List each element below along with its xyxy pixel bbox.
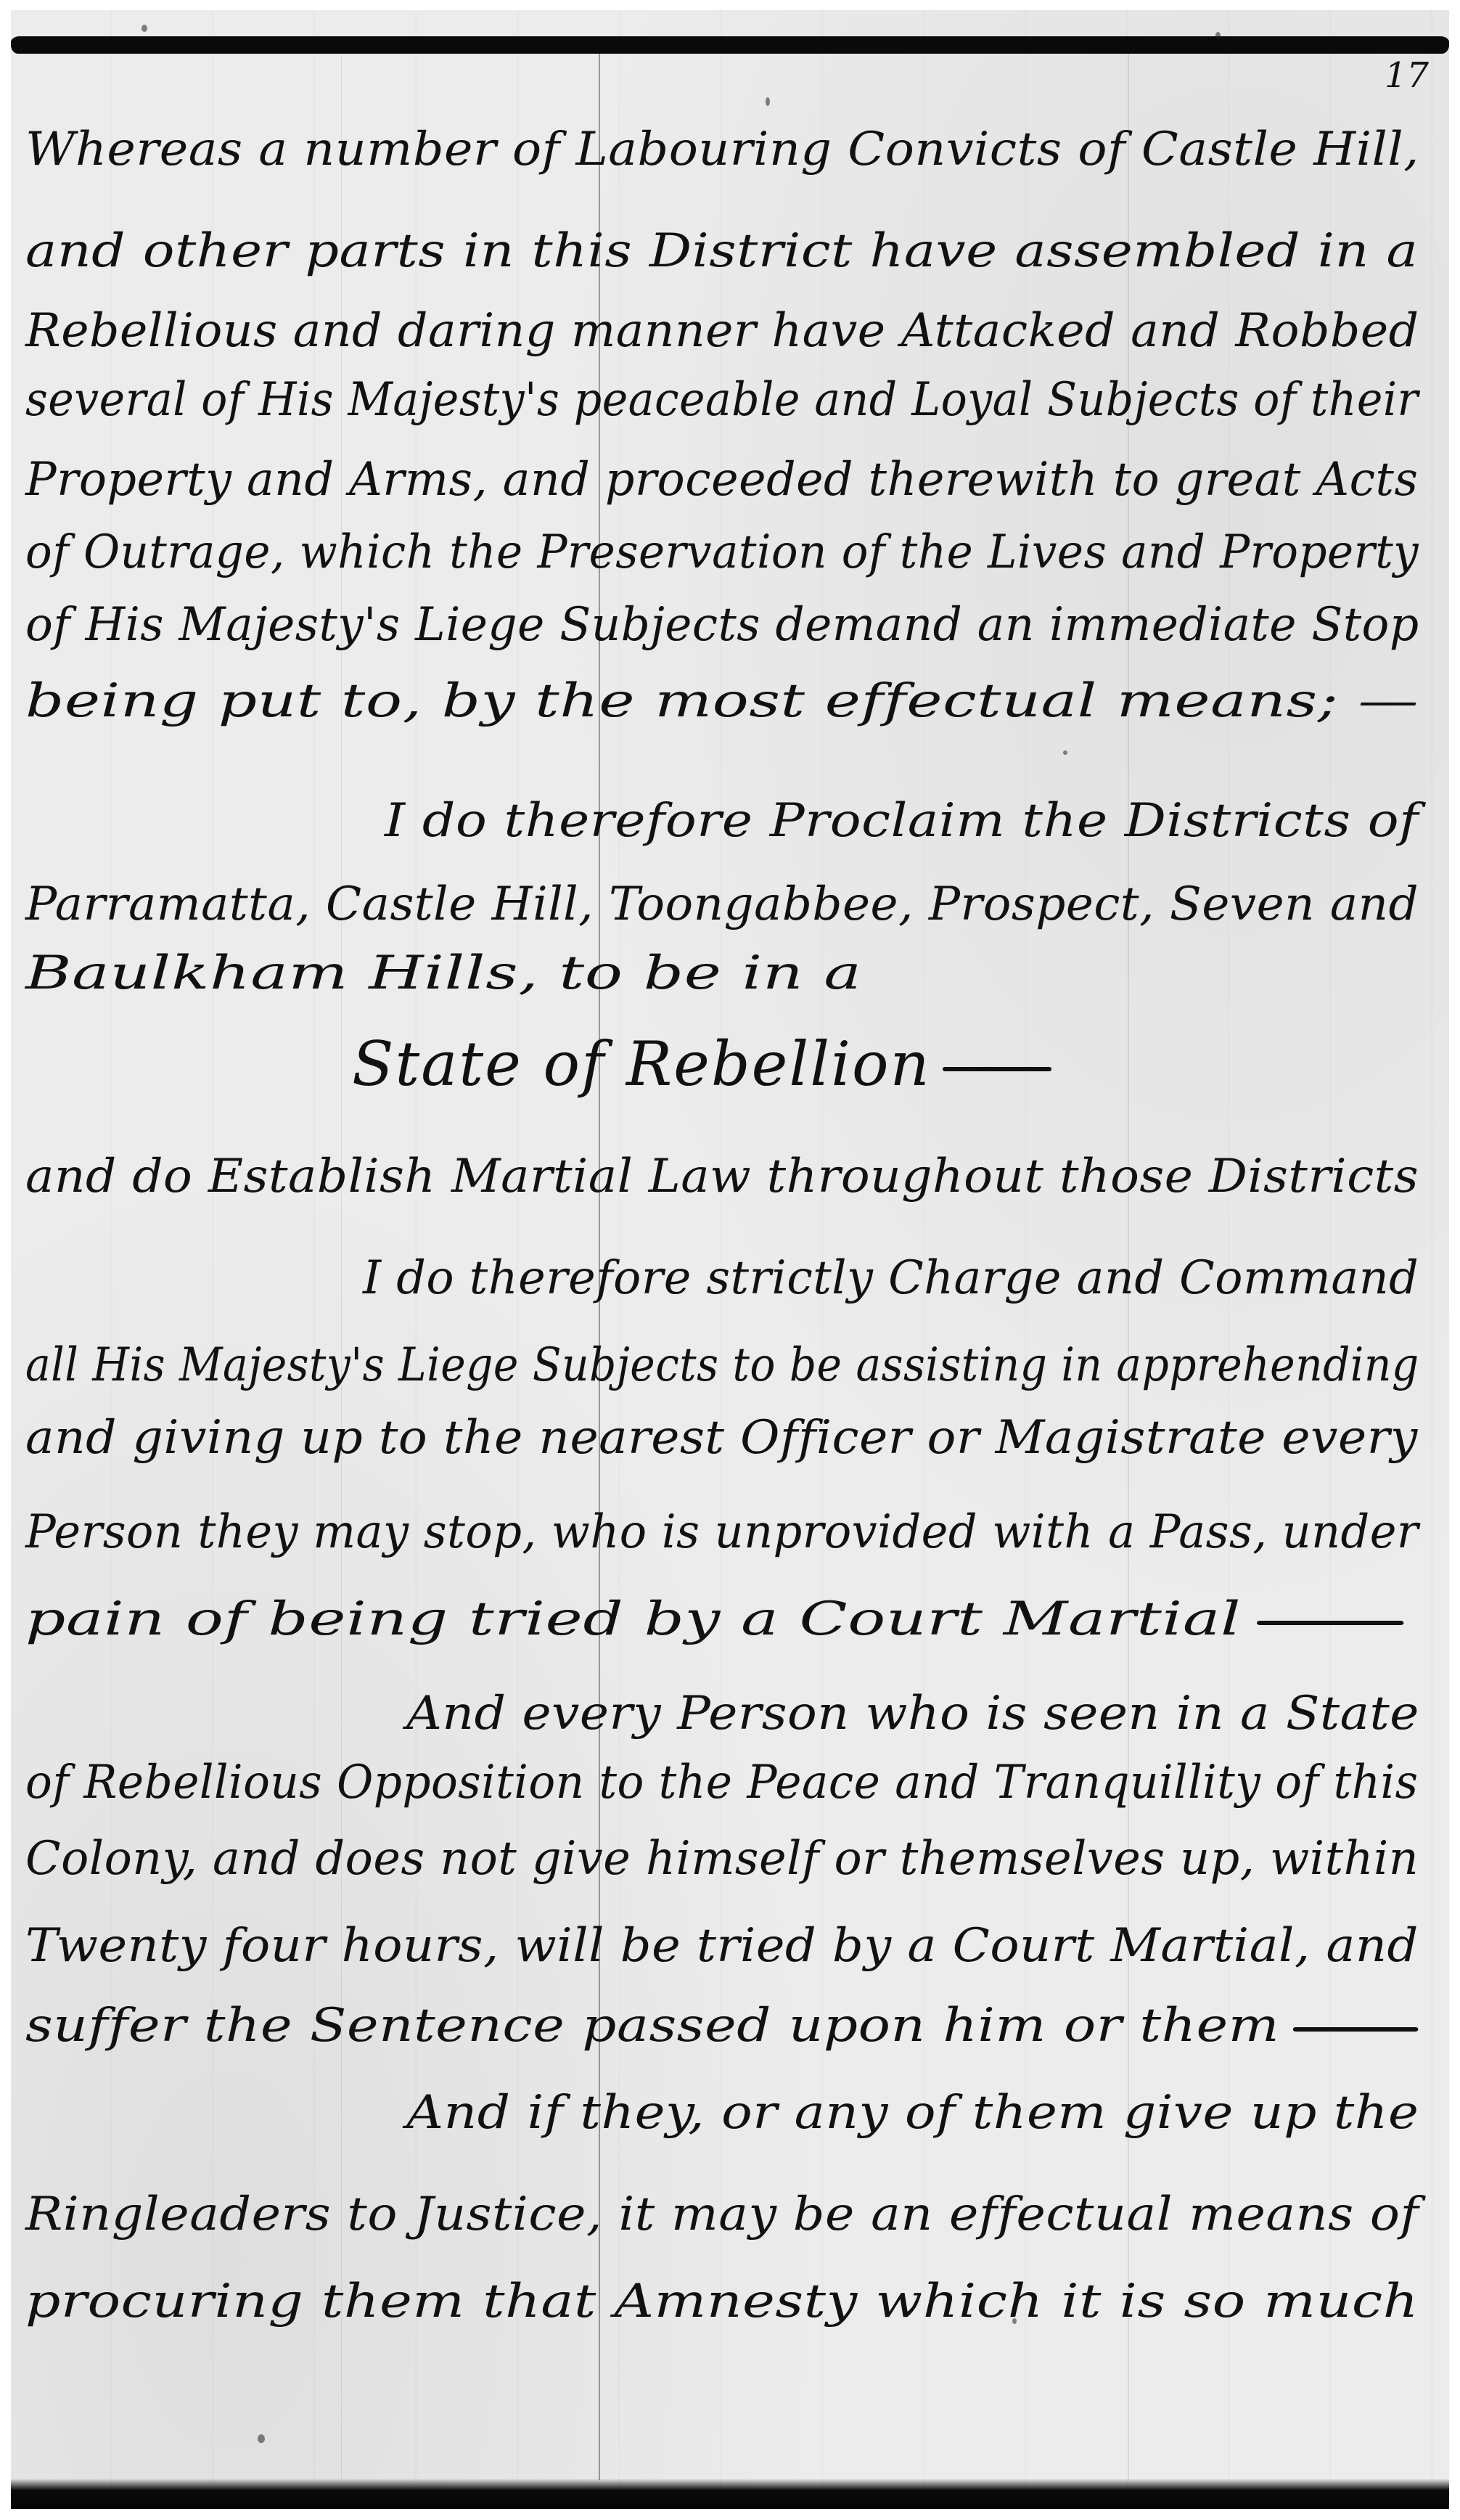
text-line: Twenty four hours, will be tried by a Co… <box>25 1923 1419 1969</box>
line-text: Colony, and does not give himself or the… <box>25 1832 1419 1886</box>
manuscript-page: 17 Whereas a number of Labouring Convict… <box>11 10 1449 2509</box>
line-text: procuring them that Amnesty which it is … <box>25 2275 1419 2328</box>
text-line: and giving up to the nearest Officer or … <box>25 1415 1418 1461</box>
text-line: of Outrage, which the Preservation of th… <box>25 529 1419 576</box>
line-text: Whereas a number of Labouring Convicts o… <box>25 123 1419 176</box>
line-text: of Outrage, which the Preservation of th… <box>25 525 1419 579</box>
text-line: pain of being tried by a Court Martial <box>25 1596 1403 1642</box>
text-line: Colony, and does not give himself or the… <box>25 1836 1419 1882</box>
line-text: Ringleaders to Justice, it may be an eff… <box>25 2188 1419 2241</box>
text-line: of His Majesty's Liege Subjects demand a… <box>25 602 1419 648</box>
line-text: all His Majesty's Liege Subjects to be a… <box>25 1338 1419 1392</box>
line-text: of His Majesty's Liege Subjects demand a… <box>25 598 1419 652</box>
proclamation-heading: State of Rebellion <box>352 1034 1051 1095</box>
ink-speck <box>1215 32 1221 38</box>
paragraph-start-line: And every Person who is seen in a State <box>406 1690 1419 1737</box>
text-line: and do Establish Martial Law throughout … <box>25 1153 1419 1200</box>
page-number: 17 <box>1385 55 1429 96</box>
line-text: I do therefore strictly Charge and Comma… <box>363 1251 1419 1305</box>
text-line: and other parts in this District have as… <box>25 228 1418 274</box>
text-line: procuring them that Amnesty which it is … <box>25 2278 1419 2325</box>
flourish-dash <box>1292 2027 1418 2032</box>
line-text: Person they may stop, who is unprovided … <box>25 1505 1419 1559</box>
ink-speck <box>1063 750 1067 755</box>
line-text: Twenty four hours, will be tried by a Co… <box>25 1919 1419 1973</box>
line-text: and giving up to the nearest Officer or … <box>25 1411 1418 1465</box>
ink-speck <box>766 97 770 106</box>
text-line: suffer the Sentence passed upon him or t… <box>25 2002 1418 2049</box>
text-line: several of His Majesty's peaceable and L… <box>25 377 1419 423</box>
line-text: suffer the Sentence passed upon him or t… <box>25 1999 1279 2053</box>
line-text: Parramatta, Castle Hill, Toongabbee, Pro… <box>25 877 1419 931</box>
line-text: and other parts in this District have as… <box>25 224 1418 278</box>
text-line: Parramatta, Castle Hill, Toongabbee, Pro… <box>25 881 1419 928</box>
text-line: Ringleaders to Justice, it may be an eff… <box>25 2191 1419 2238</box>
bottom-edge-shadow <box>11 2479 1449 2509</box>
text-line: all His Majesty's Liege Subjects to be a… <box>25 1342 1419 1388</box>
line-text: being put to, by the most effectual mean… <box>25 674 1419 728</box>
line-text: several of His Majesty's peaceable and L… <box>25 373 1419 427</box>
line-text: of Rebellious Opposition to the Peace an… <box>25 1756 1418 1809</box>
line-text: I do therefore Proclaim the Districts of <box>385 794 1419 848</box>
text-line: Whereas a number of Labouring Convicts o… <box>25 126 1419 173</box>
line-text: and do Establish Martial Law throughout … <box>25 1150 1419 1203</box>
line-text: And every Person who is seen in a State <box>406 1687 1419 1740</box>
line-text: pain of being tried by a Court Martial <box>25 1592 1241 1646</box>
flourish-dash <box>1257 1621 1404 1625</box>
line-text: Property and Arms, and proceeded therewi… <box>25 453 1418 507</box>
text-line: being put to, by the most effectual mean… <box>25 678 1419 724</box>
text-line: Person they may stop, who is unprovided … <box>25 1509 1419 1555</box>
paragraph-start-line: And if they, or any of them give up the <box>406 2090 1419 2136</box>
heading-text: State of Rebellion <box>352 1028 931 1100</box>
line-text: Baulkham Hills, to be in a <box>25 946 862 1000</box>
top-edge-rule <box>11 36 1449 54</box>
flourish-dash <box>943 1067 1051 1071</box>
paragraph-start-line: I do therefore strictly Charge and Comma… <box>363 1255 1419 1301</box>
text-line: Property and Arms, and proceeded therewi… <box>25 457 1418 503</box>
ink-speck <box>1012 2318 1017 2324</box>
line-text: And if they, or any of them give up the <box>406 2086 1419 2140</box>
text-line: of Rebellious Opposition to the Peace an… <box>25 1759 1418 1806</box>
ink-speck <box>258 2434 265 2443</box>
paragraph-start-line: I do therefore Proclaim the Districts of <box>385 798 1419 844</box>
line-text: Rebellious and daring manner have Attack… <box>25 304 1419 358</box>
text-line: Baulkham Hills, to be in a <box>25 950 862 997</box>
ink-speck <box>142 25 147 32</box>
text-line: Rebellious and daring manner have Attack… <box>25 308 1419 354</box>
